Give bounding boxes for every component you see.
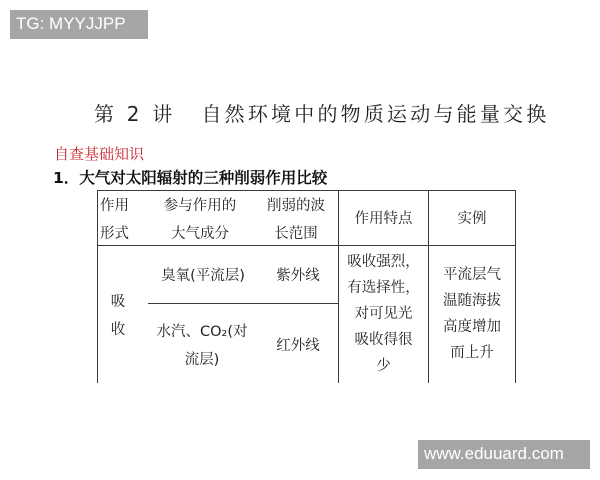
cell-component-water-co2: 水汽、CO₂(对 流层)	[146, 318, 258, 374]
section-label: 自查基础知识	[54, 143, 144, 164]
lecture-number: 第 2 讲	[94, 102, 175, 126]
table-right-border	[515, 190, 516, 383]
watermark-top-left: TG: MYYJJPP	[10, 10, 148, 39]
cell-feature: 吸收强烈， 有选择性， 对可见光 吸收得很 少	[339, 249, 428, 379]
table-top-border	[97, 190, 516, 191]
header-form: 作用 形式	[100, 192, 140, 248]
cell-form-absorption: 吸 收	[98, 288, 138, 344]
header-feature: 作用特点	[339, 205, 428, 233]
header-component: 参与作用的 大气成分	[148, 192, 252, 248]
table-subrow-divider	[148, 303, 338, 304]
subheading: 1．大气对太阳辐射的三种削弱作用比较	[53, 166, 327, 188]
header-example: 实例	[429, 205, 515, 233]
cell-example: 平流层气 温随海拔 高度增加 而上升	[429, 262, 515, 366]
table-left-border	[97, 190, 98, 383]
lecture-title: 自然环境中的物质运动与能量交换	[201, 102, 549, 126]
cell-wavelength-ir: 红外线	[258, 332, 338, 360]
header-wavelength: 削弱的波 长范围	[256, 192, 336, 248]
cell-component-ozone: 臭氧(平流层)	[148, 262, 258, 290]
cell-wavelength-uv: 紫外线	[258, 262, 338, 290]
watermark-bottom-right: www.eduuard.com	[418, 440, 590, 469]
page-title: 第 2 讲自然环境中的物质运动与能量交换	[94, 98, 549, 127]
